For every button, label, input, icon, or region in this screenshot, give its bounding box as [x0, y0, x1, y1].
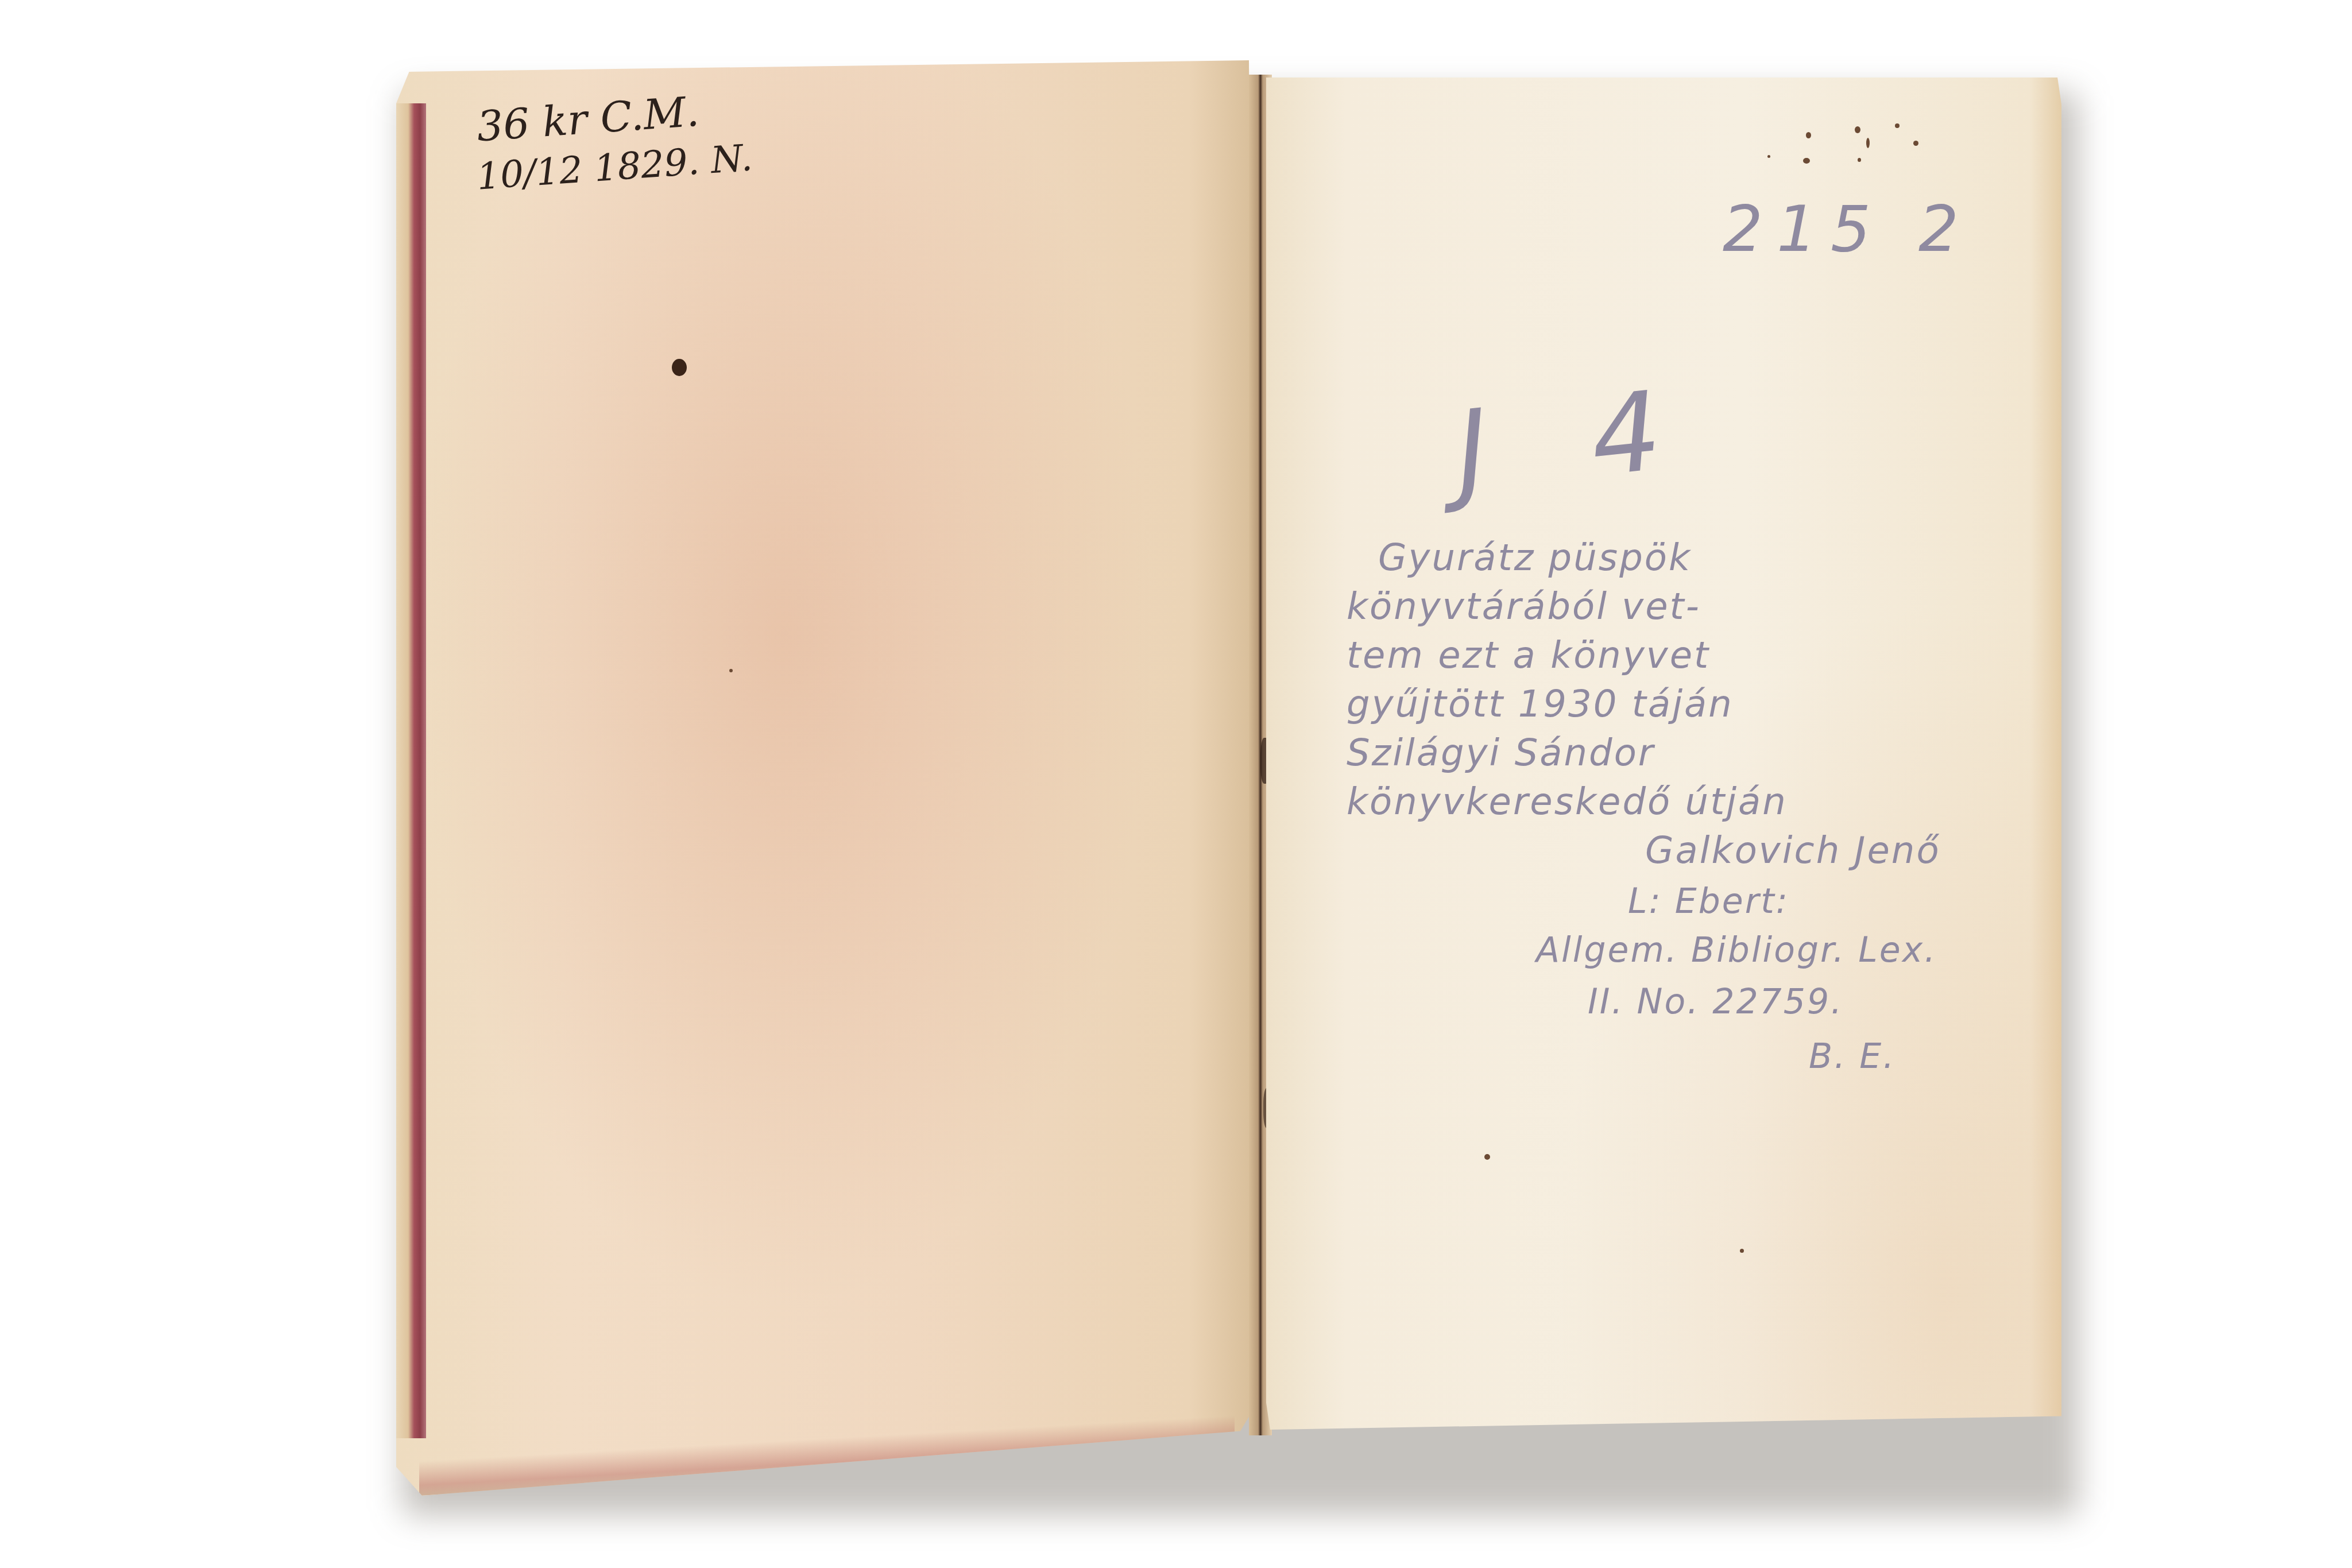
note-line: könyvkereskedő útján [1347, 781, 1788, 823]
speck [1895, 123, 1900, 128]
speck [1855, 126, 1860, 133]
speck [729, 669, 733, 672]
right-page: 215 2 J 4 Gyurátz püspök könyvtárából ve… [1266, 78, 2061, 1430]
note-line: tem ezt a könyvet [1347, 634, 1710, 677]
shelfmark-top: 215 2 [1723, 192, 1972, 266]
book-photograph: 36 kr C.M. 10/12 1829. N. 215 2 J 4 Gyur… [0, 0, 2352, 1568]
ink-blot [672, 359, 687, 376]
reference-line: B. E. [1809, 1036, 1895, 1077]
left-page: 36 kr C.M. 10/12 1829. N. [396, 60, 1258, 1496]
note-line: gyűjtött 1930 táján [1347, 683, 1734, 726]
signature: Galkovich Jenő [1645, 830, 1941, 872]
ink-inscription-line-1: 36 kr C.M. [475, 87, 701, 151]
note-line: Szilágyi Sándor [1347, 732, 1655, 775]
speck [1806, 132, 1811, 138]
speck [1484, 1154, 1490, 1160]
note-line: Gyurátz püspök [1378, 537, 1692, 579]
reference-line: L: Ebert: [1628, 881, 1789, 922]
reference-line: II. No. 22759. [1588, 982, 1843, 1022]
speck [1866, 138, 1870, 148]
note-line: könyvtárából vet- [1347, 586, 1701, 628]
speck [1803, 158, 1810, 164]
speck [1913, 141, 1918, 146]
shelfmark-large: J 4 [1450, 364, 1701, 515]
speck [1740, 1249, 1744, 1253]
reference-line: Allgem. Bibliogr. Lex. [1536, 930, 1937, 970]
speck [1858, 158, 1861, 162]
red-binding-edge [396, 103, 426, 1438]
speck [1767, 155, 1770, 158]
